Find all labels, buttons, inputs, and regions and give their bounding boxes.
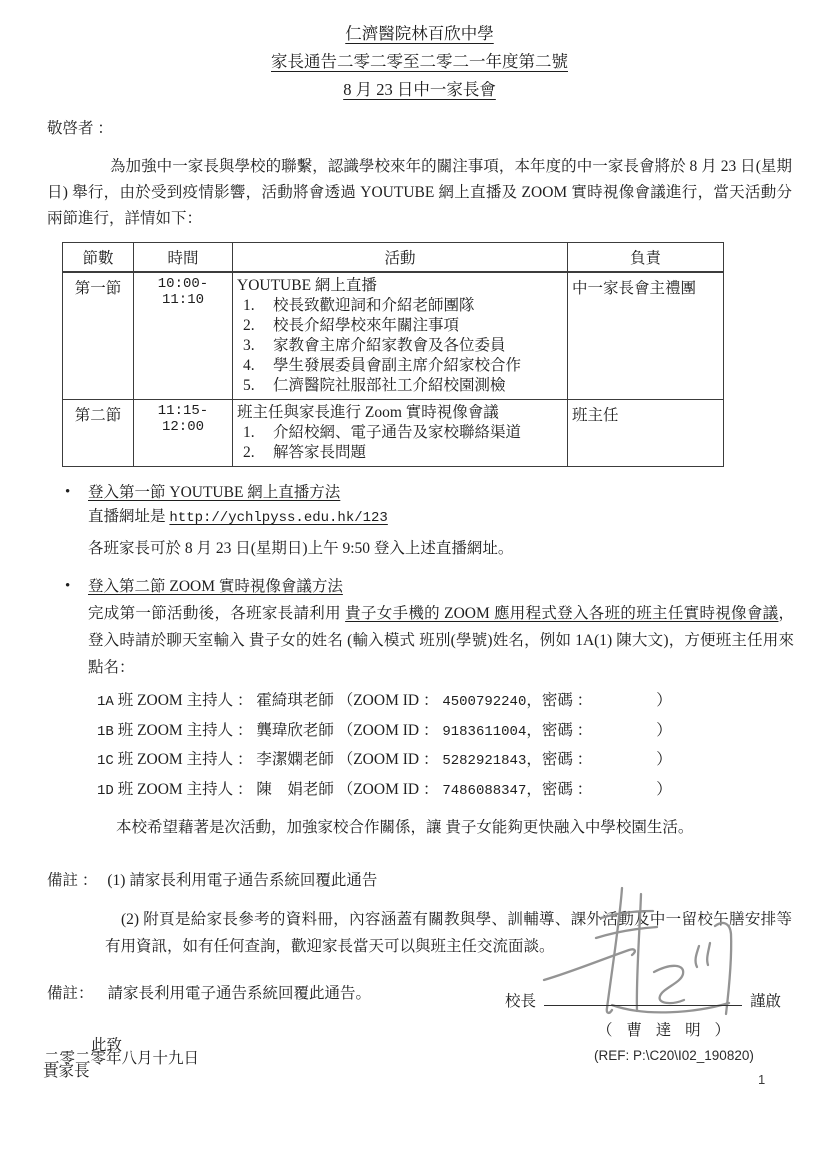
item-number: 1. — [237, 423, 273, 443]
password-label: ，密碼 ： — [526, 781, 592, 798]
section-zoom: • 登入第二節 ZOOM 實時視像會議方法 完成第一節活動後，各班家長請利用 貴… — [47, 575, 792, 841]
password-label: ，密碼 ： — [526, 751, 592, 768]
reference-number: (REF: P:\C20\I02_190820) — [594, 1048, 754, 1063]
activity-item: 5.仁濟醫院社服部社工介紹校園測檢 — [237, 376, 563, 396]
header-session: 節數 — [63, 243, 134, 273]
item-number: 3. — [237, 336, 273, 356]
activity-closing-line: 本校希望藉著是次活動，加強家校合作關係，讓 貴子女能夠更快融入中學校園生活。 — [116, 815, 792, 841]
scanned-notice-page: 仁濟醫院林百欣中學 家長通告二零二零至二零二一年度第二號 8 月 23 日中一家… — [0, 0, 826, 1168]
notice-subject: 8 月 23 日中一家長會 — [47, 76, 792, 104]
teacher-name: 陳 娟老師 — [256, 781, 334, 798]
principal-signature-line: 校長謹啟 — [505, 986, 781, 1011]
session2-activity-title: 班主任與家長進行 Zoom 實時視像會議 — [237, 403, 563, 423]
item-text: 介紹校網、電子通告及家校聯絡渠道 — [273, 423, 521, 443]
session1-name: 第一節 — [63, 272, 134, 400]
principal-label: 校長 — [505, 993, 536, 1010]
host-label: 班 ZOOM 主持人 ： — [114, 781, 257, 798]
zoom-host-1a: 1A 班 ZOOM 主持人 ： 霍綺琪老師 （ZOOM ID ： 4500792… — [97, 687, 792, 717]
broadcast-url: http://ychlpyss.edu.hk/123 — [169, 510, 387, 526]
activity-item: 1.介紹校網、電子通告及家校聯絡渠道 — [237, 423, 563, 443]
zoom-host-1d: 1D 班 ZOOM 主持人 ： 陳 娟老師 （ZOOM ID ： 7486088… — [97, 776, 792, 806]
zoom-id: 7486088347 — [442, 783, 526, 799]
session1-activity: YOUTUBE 網上直播 1.校長致歡迎詞和介紹老師團隊 2.校長介紹學校來年關… — [233, 272, 568, 400]
zoom-host-list: 1A 班 ZOOM 主持人 ： 霍綺琪老師 （ZOOM ID ： 4500792… — [97, 687, 792, 805]
table-row-session2: 第二節 11:15-12:00 班主任與家長進行 Zoom 實時視像會議 1.介… — [63, 400, 724, 467]
item-text: 校長介紹學校來年關注事項 — [273, 316, 459, 336]
session2-time: 11:15-12:00 — [134, 400, 233, 467]
session2-name: 第二節 — [63, 400, 134, 467]
activity-item: 4.學生發展委員會副主席介紹家校合作 — [237, 356, 563, 376]
section-youtube: • 登入第一節 YOUTUBE 網上直播方法 直播網址是 http://ychl… — [47, 481, 792, 561]
notice-number: 家長通告二零二零至二零二一年度第二號 — [47, 48, 792, 76]
password-label: ，密碼 ： — [526, 722, 592, 739]
zoom-id-label: （ZOOM ID ： — [334, 722, 443, 739]
close-paren: ） — [656, 781, 672, 798]
section-zoom-heading: 登入第二節 ZOOM 實時視像會議方法 — [88, 575, 343, 598]
close-paren: ） — [656, 722, 672, 739]
zoom-id: 4500792240 — [442, 694, 526, 710]
host-label: 班 ZOOM 主持人 ： — [114, 722, 257, 739]
close-paren: ） — [656, 692, 672, 709]
class-code: 1D — [97, 783, 114, 799]
remark-1-text: (1) 請家長利用電子通告系統回覆此通告 — [107, 872, 377, 889]
session2-responsible: 班主任 — [568, 400, 724, 467]
intro-paragraph: 為加強中一家長與學校的聯繫，認識學校來年的關注事項，本年度的中一家長會將於 8 … — [47, 154, 792, 232]
activity-item: 3.家教會主席介紹家教會及各位委員 — [237, 336, 563, 356]
zoom-id-label: （ZOOM ID ： — [334, 751, 443, 768]
remark-label: 備註 ： — [47, 872, 97, 889]
jinqi-label: 謹啟 — [750, 993, 781, 1010]
teacher-name: 霍綺琪老師 — [256, 692, 334, 709]
zoom-instr-underlined: 貴子女手機的 ZOOM 應用程式登入各班的班主任實時視像會議 — [345, 605, 778, 622]
activity-item: 1.校長致歡迎詞和介紹老師團隊 — [237, 296, 563, 316]
host-label: 班 ZOOM 主持人 ： — [114, 751, 257, 768]
item-number: 5. — [237, 376, 273, 396]
bullet-icon: • — [47, 575, 88, 598]
school-name: 仁濟醫院林百欣中學 — [47, 20, 792, 48]
teacher-name: 李潔嫻老師 — [256, 751, 334, 768]
header-responsible: 負責 — [568, 243, 724, 273]
zoom-instructions: 完成第一節活動後，各班家長請利用 貴子女手機的 ZOOM 應用程式登入各班的班主… — [88, 600, 794, 681]
session2-activity: 班主任與家長進行 Zoom 實時視像會議 1.介紹校網、電子通告及家校聯絡渠道 … — [233, 400, 568, 467]
session1-time: 10:00-11:10 — [134, 272, 233, 400]
section-youtube-heading: 登入第一節 YOUTUBE 網上直播方法 — [88, 481, 340, 504]
item-text: 仁濟醫院社服部社工介紹校園測檢 — [273, 376, 506, 396]
activity-item: 2.解答家長問題 — [237, 443, 563, 463]
item-text: 學生發展委員會副主席介紹家校合作 — [273, 356, 521, 376]
remark-label: 備註： — [47, 985, 94, 1002]
schedule-table: 節數 時間 活動 負責 第一節 10:00-11:10 YOUTUBE 網上直播… — [62, 242, 724, 467]
password-label: ，密碼 ： — [526, 692, 592, 709]
item-text: 家教會主席介紹家教會及各位委員 — [273, 336, 506, 356]
item-number: 2. — [237, 316, 273, 336]
document-date: 二零二零年八月十九日 — [44, 1046, 199, 1068]
table-header-row: 節數 時間 活動 負責 — [63, 243, 724, 273]
section-youtube-body: 直播網址是 http://ychlpyss.edu.hk/123 各班家長可於 … — [88, 505, 792, 561]
zoom-id: 9183611004 — [442, 724, 526, 740]
zoom-instr-pre: 完成第一節活動後，各班家長請利用 — [88, 605, 345, 622]
page-number: 1 — [758, 1072, 765, 1087]
section-zoom-heading-row: • 登入第二節 ZOOM 實時視像會議方法 — [47, 575, 792, 598]
teacher-name: 龔瑋欣老師 — [256, 722, 334, 739]
class-code: 1C — [97, 753, 114, 769]
session1-activity-title: YOUTUBE 網上直播 — [237, 276, 563, 296]
zoom-host-1c: 1C 班 ZOOM 主持人 ： 李潔嫻老師 （ZOOM ID ： 5282921… — [97, 746, 792, 776]
url-label: 直播網址是 — [88, 508, 169, 525]
notice-header: 仁濟醫院林百欣中學 家長通告二零二零至二零二一年度第二號 8 月 23 日中一家… — [47, 20, 792, 104]
section-zoom-body: 完成第一節活動後，各班家長請利用 貴子女手機的 ZOOM 應用程式登入各班的班主… — [88, 600, 792, 841]
salutation: 敬啓者 ： — [47, 116, 792, 142]
item-number: 4. — [237, 356, 273, 376]
item-text: 校長致歡迎詞和介紹老師團隊 — [273, 296, 475, 316]
item-text: 解答家長問題 — [273, 443, 366, 463]
zoom-id-label: （ZOOM ID ： — [334, 781, 443, 798]
bullet-icon: • — [47, 481, 88, 504]
class-code: 1B — [97, 724, 114, 740]
session1-responsible: 中一家長會主禮團 — [568, 272, 724, 400]
zoom-id: 5282921843 — [442, 753, 526, 769]
principal-name: （ 曹 達 明 ） — [597, 1018, 735, 1040]
class-code: 1A — [97, 694, 114, 710]
zoom-host-1b: 1B 班 ZOOM 主持人 ： 龔瑋欣老師 （ZOOM ID ： 9183611… — [97, 717, 792, 747]
remark-3-text: 請家長利用電子通告系統回覆此通告。 — [108, 985, 372, 1002]
signature-underline — [544, 986, 742, 1006]
header-time: 時間 — [134, 243, 233, 273]
zoom-id-label: （ZOOM ID ： — [334, 692, 443, 709]
host-label: 班 ZOOM 主持人 ： — [114, 692, 257, 709]
broadcast-url-line: 直播網址是 http://ychlpyss.edu.hk/123 — [88, 505, 792, 530]
header-activity: 活動 — [233, 243, 568, 273]
table-row-session1: 第一節 10:00-11:10 YOUTUBE 網上直播 1.校長致歡迎詞和介紹… — [63, 272, 724, 400]
item-number: 1. — [237, 296, 273, 316]
activity-item: 2.校長介紹學校來年關注事項 — [237, 316, 563, 336]
section-youtube-heading-row: • 登入第一節 YOUTUBE 網上直播方法 — [47, 481, 792, 504]
item-number: 2. — [237, 443, 273, 463]
broadcast-note: 各班家長可於 8 月 23 日(星期日)上午 9:50 登入上述直播網址。 — [88, 537, 792, 561]
close-paren: ） — [656, 751, 672, 768]
